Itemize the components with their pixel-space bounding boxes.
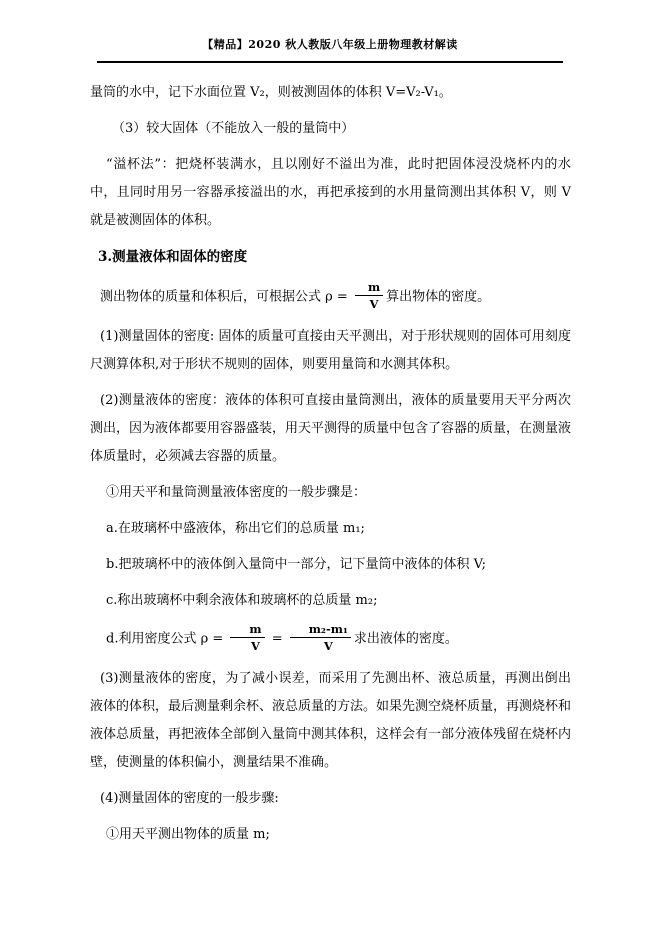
header-title: 【精品】2020 秋人教版八年级上册物理教材解读: [202, 38, 457, 51]
fraction-m2-minus-m1-over-v: m₂-m₁V: [290, 622, 351, 654]
fraction-numerator: m: [355, 280, 383, 296]
paragraph-measure-liquid-density: (2)测量液体的密度：液体的体积可直接由量筒测出，液体的质量要用天平分两次测出，…: [90, 387, 571, 471]
paragraph-measure-solid-density: (1)测量固体的密度: 固体的质量可直接由天平测出，对于形状规则的固体可用刻度尺…: [90, 323, 571, 379]
step-d-text-after: 求出液体的密度。: [354, 631, 458, 646]
formula-text-before: 测出物体的质量和体积后，可根据公式 ρ =: [100, 289, 352, 304]
solid-step-1: ①用天平测出物体的质量 m;: [90, 821, 571, 849]
paragraph-error-reduction: (3)测量液体的密度，为了减小误差，而采用了先测出杯、液总质量，再测出倒出液体的…: [90, 665, 571, 777]
page-header: 【精品】2020 秋人教版八年级上册物理教材解读: [97, 36, 563, 63]
step-b: b.把玻璃杯中的液体倒入量筒中一部分，记下量筒中液体的体积 V;: [90, 551, 571, 579]
section-heading-measure-density: 3.测量液体和固体的密度: [90, 243, 571, 271]
step-a: a.在玻璃杯中盛液体，称出它们的总质量 m₁;: [90, 515, 571, 543]
paragraph-overflow-cup-method: “溢杯法”：把烧杯装满水，且以刚好不溢出为准，此时把固体浸没烧杯内的水中，且同时…: [90, 151, 571, 235]
density-formula-paragraph: 测出物体的质量和体积后，可根据公式 ρ = mV算出物体的密度。: [90, 281, 571, 313]
fraction-m-over-v-2: mV: [230, 622, 264, 654]
fraction-numerator: m₂-m₁: [290, 622, 351, 638]
step-c: c.称出玻璃杯中剩余液体和玻璃杯的总质量 m₂;: [90, 587, 571, 615]
fraction-denominator: V: [290, 638, 351, 653]
fraction-numerator: m: [230, 622, 264, 638]
paragraph-liquid-density-steps-intro: ①用天平和量筒测量液体密度的一般步骤是：: [90, 479, 571, 507]
step-d-formula-paragraph: d.利用密度公式 ρ = mV = m₂-m₁V求出液体的密度。: [90, 623, 571, 655]
fraction-denominator: V: [355, 296, 383, 311]
document-body: 量筒的水中，记下水面位置 V₂，则被测固体的体积 V=V₂-V₁。 （3）较大固…: [90, 79, 571, 857]
paragraph-solid-density-steps-intro: (4)测量固体的密度的一般步骤:: [90, 785, 571, 813]
paragraph-continuation: 量筒的水中，记下水面位置 V₂，则被测固体的体积 V=V₂-V₁。: [90, 79, 571, 107]
paragraph-larger-solid-heading: （3）较大固体（不能放入一般的量筒中）: [90, 115, 571, 143]
step-d-text-before: d.利用密度公式 ρ =: [106, 631, 227, 646]
fraction-m-over-v: mV: [355, 280, 383, 312]
equals-sign: =: [268, 631, 287, 646]
fraction-denominator: V: [230, 638, 264, 653]
formula-text-after: 算出物体的密度。: [386, 289, 490, 304]
document-page: 【精品】2020 秋人教版八年级上册物理教材解读 量筒的水中，记下水面位置 V₂…: [0, 0, 661, 935]
